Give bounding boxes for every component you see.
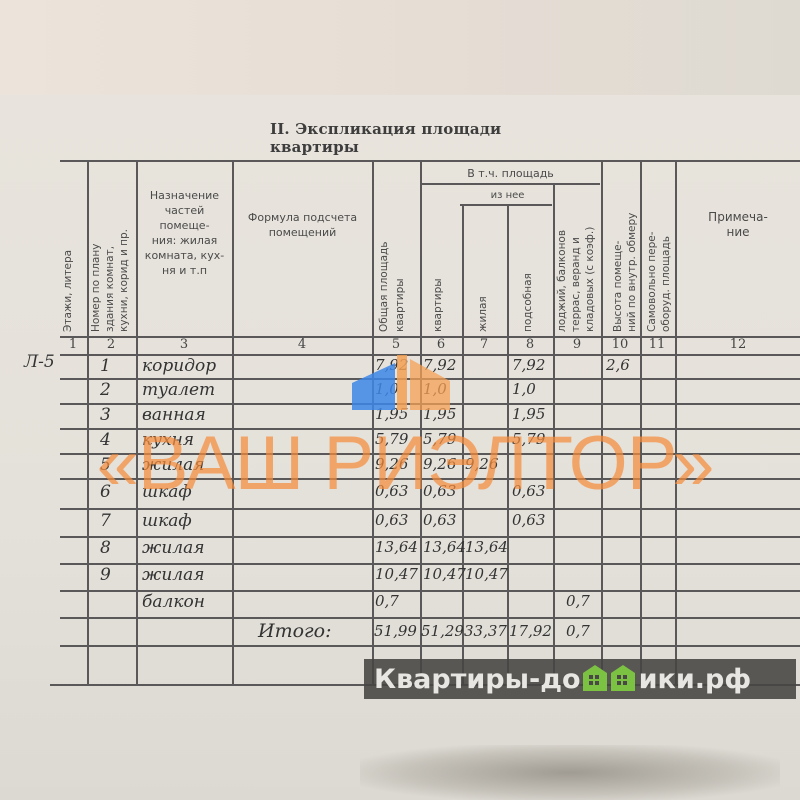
blurred-object xyxy=(360,745,780,800)
header-purpose-line: ня и т.п xyxy=(137,263,232,278)
header-room-number-line1: Номер по плану xyxy=(90,244,103,332)
header-room-number-line2: здания комнат, xyxy=(104,246,117,332)
column-number: 12 xyxy=(723,337,753,352)
column-number: 1 xyxy=(58,337,88,352)
row-divider xyxy=(60,645,800,647)
header-purpose-line: частей xyxy=(137,203,232,218)
apartment-area: 13,64 xyxy=(423,538,466,556)
column-number: 2 xyxy=(96,337,126,352)
apartment-area: 10,47 xyxy=(423,565,466,583)
header-purpose-line: ния: жилая xyxy=(137,233,232,248)
auxiliary-area: 7,92 xyxy=(512,356,545,374)
header-auxiliary: подсобная xyxy=(522,273,535,332)
total-area: 13,64 xyxy=(375,538,418,556)
room-number: 7 xyxy=(100,511,111,531)
header-purpose-line: Назначение xyxy=(137,188,232,203)
totals-label: Итого: xyxy=(258,620,331,642)
header-balcony-line3: кладовых (с коэф.) xyxy=(584,227,597,332)
column-number: 5 xyxy=(381,337,411,352)
header-purpose-line: помеще- xyxy=(137,218,232,233)
living-area: 10,47 xyxy=(465,565,508,583)
header-balcony-line1: лоджий, балконов xyxy=(556,230,569,332)
header-room-number-line3: кухни, корид и пр. xyxy=(118,229,131,332)
column-number: 9 xyxy=(562,337,592,352)
room-purpose: коридор xyxy=(142,356,216,376)
site-watermark-text: Квартиры-до ики.рф xyxy=(374,663,751,695)
table-top-border xyxy=(60,160,800,162)
column-number: 7 xyxy=(469,337,499,352)
ceiling-height: 2,6 xyxy=(606,356,630,374)
column-number: 4 xyxy=(287,337,317,352)
total-area: 10,47 xyxy=(375,565,418,583)
auxiliary-area: 0,63 xyxy=(512,511,545,529)
header-unauthorized-line1: Самовольно пере- xyxy=(646,232,659,333)
header-formula-line: помещений xyxy=(233,225,372,240)
header-notes-line: ние xyxy=(676,225,800,240)
header-height-line2: ний по внутр. обмеру xyxy=(626,213,639,332)
room-purpose: балкон xyxy=(142,592,205,612)
header-formula-line: Формула подсчета xyxy=(233,210,372,225)
header-total-area-line2: квартиры xyxy=(394,278,407,332)
header-notes-line: Примеча- xyxy=(676,210,800,225)
totals-living-area: 33,37 xyxy=(464,622,507,640)
header-of-it: из нее xyxy=(462,188,553,203)
header-total-area-line1: Общая площадь xyxy=(378,242,391,333)
header-purpose-line: комната, кух- xyxy=(137,248,232,263)
house-pair-icon xyxy=(581,663,639,691)
header-living: жилая xyxy=(477,296,490,332)
totals-total-area: 51,99 xyxy=(374,622,417,640)
site-watermark-banner: Квартиры-до ики.рф xyxy=(364,659,796,699)
room-purpose: жилая xyxy=(142,565,205,585)
header-unauthorized-line2: оборуд. площадь xyxy=(660,236,673,332)
auxiliary-area: 1,0 xyxy=(512,380,536,398)
room-number: 1 xyxy=(100,356,111,376)
living-area: 13,64 xyxy=(465,538,508,556)
room-purpose: жилая xyxy=(142,538,205,558)
room-number: 2 xyxy=(100,380,111,400)
header-purpose: Назначение частей помеще- ния: жилая ком… xyxy=(137,188,232,278)
balcony-area: 0,7 xyxy=(566,592,590,610)
column-number: 8 xyxy=(515,337,545,352)
group-header-divider xyxy=(420,183,600,185)
header-formula: Формула подсчета помещений xyxy=(233,210,372,240)
subgroup-header-divider xyxy=(460,204,552,206)
floor-label: Л-5 xyxy=(24,352,55,372)
totals-apt-area: 51,29 xyxy=(421,622,464,640)
header-height-line1: Высота помеще- xyxy=(612,241,625,332)
header-notes: Примеча- ние xyxy=(676,210,800,240)
header-apt-area: квартиры xyxy=(432,278,445,332)
row-divider xyxy=(60,508,800,510)
column-number: 6 xyxy=(426,337,456,352)
totals-balcony-area: 0,7 xyxy=(566,622,590,640)
room-purpose: шкаф xyxy=(142,511,192,531)
room-number: 9 xyxy=(100,565,111,585)
site-watermark-text-left: Квартиры-до xyxy=(374,664,581,695)
site-watermark-text-right: ики.рф xyxy=(639,664,752,695)
header-group-area: В т.ч. площадь xyxy=(420,166,601,181)
realtor-watermark-text: «ВАШ РИЭЛТОР» xyxy=(95,420,715,507)
total-area: 0,7 xyxy=(375,592,399,610)
column-number: 3 xyxy=(169,337,199,352)
column-number: 11 xyxy=(642,337,672,352)
header-floor: Этажи, литера xyxy=(62,250,75,332)
apartment-area: 0,63 xyxy=(423,511,456,529)
header-balcony-line2: террас, веранд и xyxy=(570,237,583,332)
col-divider xyxy=(87,160,89,684)
room-number: 8 xyxy=(100,538,111,558)
total-area: 0,63 xyxy=(375,511,408,529)
row-divider xyxy=(60,617,800,619)
column-number: 10 xyxy=(605,337,635,352)
realtor-house-logo-icon xyxy=(340,355,450,415)
totals-aux-area: 17,92 xyxy=(509,622,552,640)
room-purpose: туалет xyxy=(142,380,215,400)
